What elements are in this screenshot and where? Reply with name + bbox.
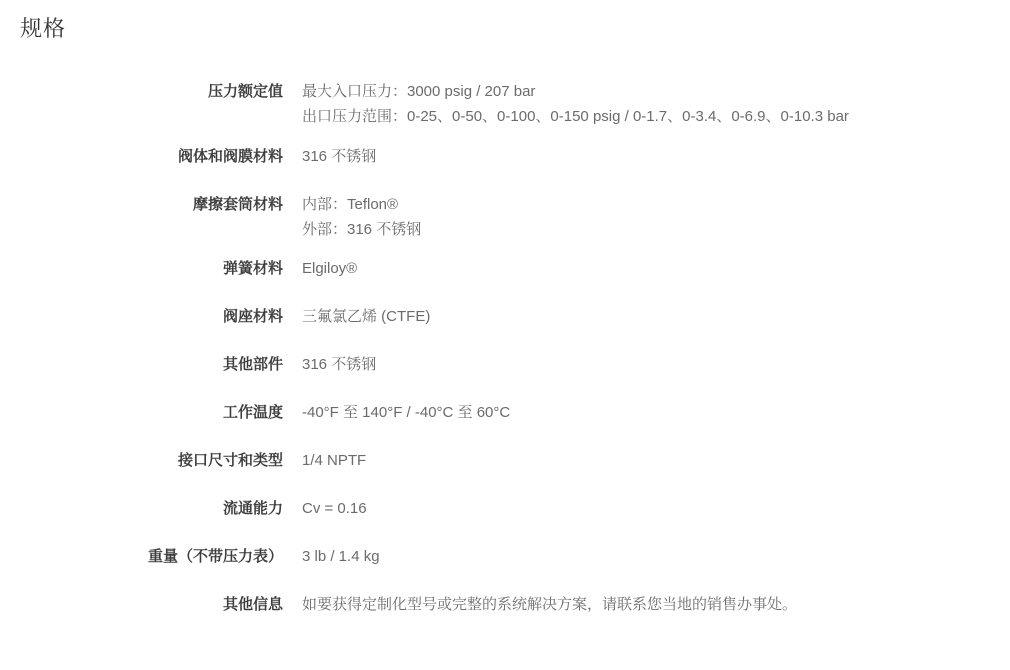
spec-row-weight: 重量（不带压力表） 3 lb / 1.4 kg — [0, 544, 1010, 569]
spec-value-line: 如要获得定制化型号或完整的系统解决方案，请联系您当地的销售办事处。 — [302, 592, 797, 617]
spec-row-value: 3 lb / 1.4 kg — [302, 544, 380, 569]
spec-row-label: 阀座材料 — [0, 304, 283, 329]
spec-row-value: 三氟氯乙烯 (CTFE) — [302, 304, 430, 329]
page-title: 规格 — [20, 14, 66, 44]
spec-row-value: 内部：Teflon® 外部：316 不锈钢 — [302, 192, 421, 242]
spec-row-value: 最大入口压力：3000 psig / 207 bar 出口压力范围：0-25、0… — [302, 79, 849, 129]
spec-row-value: 316 不锈钢 — [302, 144, 376, 169]
spec-value-line: 出口压力范围：0-25、0-50、0-100、0-150 psig / 0-1.… — [302, 104, 849, 129]
spec-row-label: 接口尺寸和类型 — [0, 448, 283, 473]
spec-row-value: Elgiloy® — [302, 256, 357, 281]
spec-row-label: 阀体和阀膜材料 — [0, 144, 283, 169]
spec-value-line: 最大入口压力：3000 psig / 207 bar — [302, 79, 849, 104]
spec-row-label: 工作温度 — [0, 400, 283, 425]
spec-row-value: 1/4 NPTF — [302, 448, 366, 473]
spec-row-label: 重量（不带压力表） — [0, 544, 283, 569]
spec-row-friction-sleeve-material: 摩擦套筒材料 内部：Teflon® 外部：316 不锈钢 — [0, 192, 1010, 242]
spec-row-other-parts: 其他部件 316 不锈钢 — [0, 352, 1010, 377]
spec-value-line: -40°F 至 140°F / -40°C 至 60°C — [302, 400, 510, 425]
spec-row-value: 如要获得定制化型号或完整的系统解决方案，请联系您当地的销售办事处。 — [302, 592, 797, 617]
spec-row-seat-material: 阀座材料 三氟氯乙烯 (CTFE) — [0, 304, 1010, 329]
spec-row-value: 316 不锈钢 — [302, 352, 376, 377]
spec-row-body-diaphragm-material: 阀体和阀膜材料 316 不锈钢 — [0, 144, 1010, 169]
spec-value-line: 316 不锈钢 — [302, 352, 376, 377]
spec-value-line: 外部：316 不锈钢 — [302, 217, 421, 242]
specifications-page: 规格 压力额定值 最大入口压力：3000 psig / 207 bar 出口压力… — [0, 0, 1010, 670]
spec-row-spring-material: 弹簧材料 Elgiloy® — [0, 256, 1010, 281]
spec-value-line: 三氟氯乙烯 (CTFE) — [302, 304, 430, 329]
spec-row-label: 流通能力 — [0, 496, 283, 521]
spec-row-port-size-type: 接口尺寸和类型 1/4 NPTF — [0, 448, 1010, 473]
spec-row-label: 弹簧材料 — [0, 256, 283, 281]
spec-row-label: 其他信息 — [0, 592, 283, 617]
spec-value-line: 1/4 NPTF — [302, 448, 366, 473]
spec-row-label: 压力额定值 — [0, 79, 283, 104]
spec-row-other-info: 其他信息 如要获得定制化型号或完整的系统解决方案，请联系您当地的销售办事处。 — [0, 592, 1010, 617]
spec-row-pressure-rating: 压力额定值 最大入口压力：3000 psig / 207 bar 出口压力范围：… — [0, 79, 1010, 129]
spec-value-line: 3 lb / 1.4 kg — [302, 544, 380, 569]
spec-row-value: -40°F 至 140°F / -40°C 至 60°C — [302, 400, 510, 425]
spec-row-label: 其他部件 — [0, 352, 283, 377]
spec-row-label: 摩擦套筒材料 — [0, 192, 283, 217]
spec-value-line: 316 不锈钢 — [302, 144, 376, 169]
spec-table: 压力额定值 最大入口压力：3000 psig / 207 bar 出口压力范围：… — [0, 79, 1010, 640]
spec-row-operating-temperature: 工作温度 -40°F 至 140°F / -40°C 至 60°C — [0, 400, 1010, 425]
spec-value-line: Cv = 0.16 — [302, 496, 367, 521]
spec-row-flow-capacity: 流通能力 Cv = 0.16 — [0, 496, 1010, 521]
spec-value-line: Elgiloy® — [302, 256, 357, 281]
spec-value-line: 内部：Teflon® — [302, 192, 421, 217]
spec-row-value: Cv = 0.16 — [302, 496, 367, 521]
